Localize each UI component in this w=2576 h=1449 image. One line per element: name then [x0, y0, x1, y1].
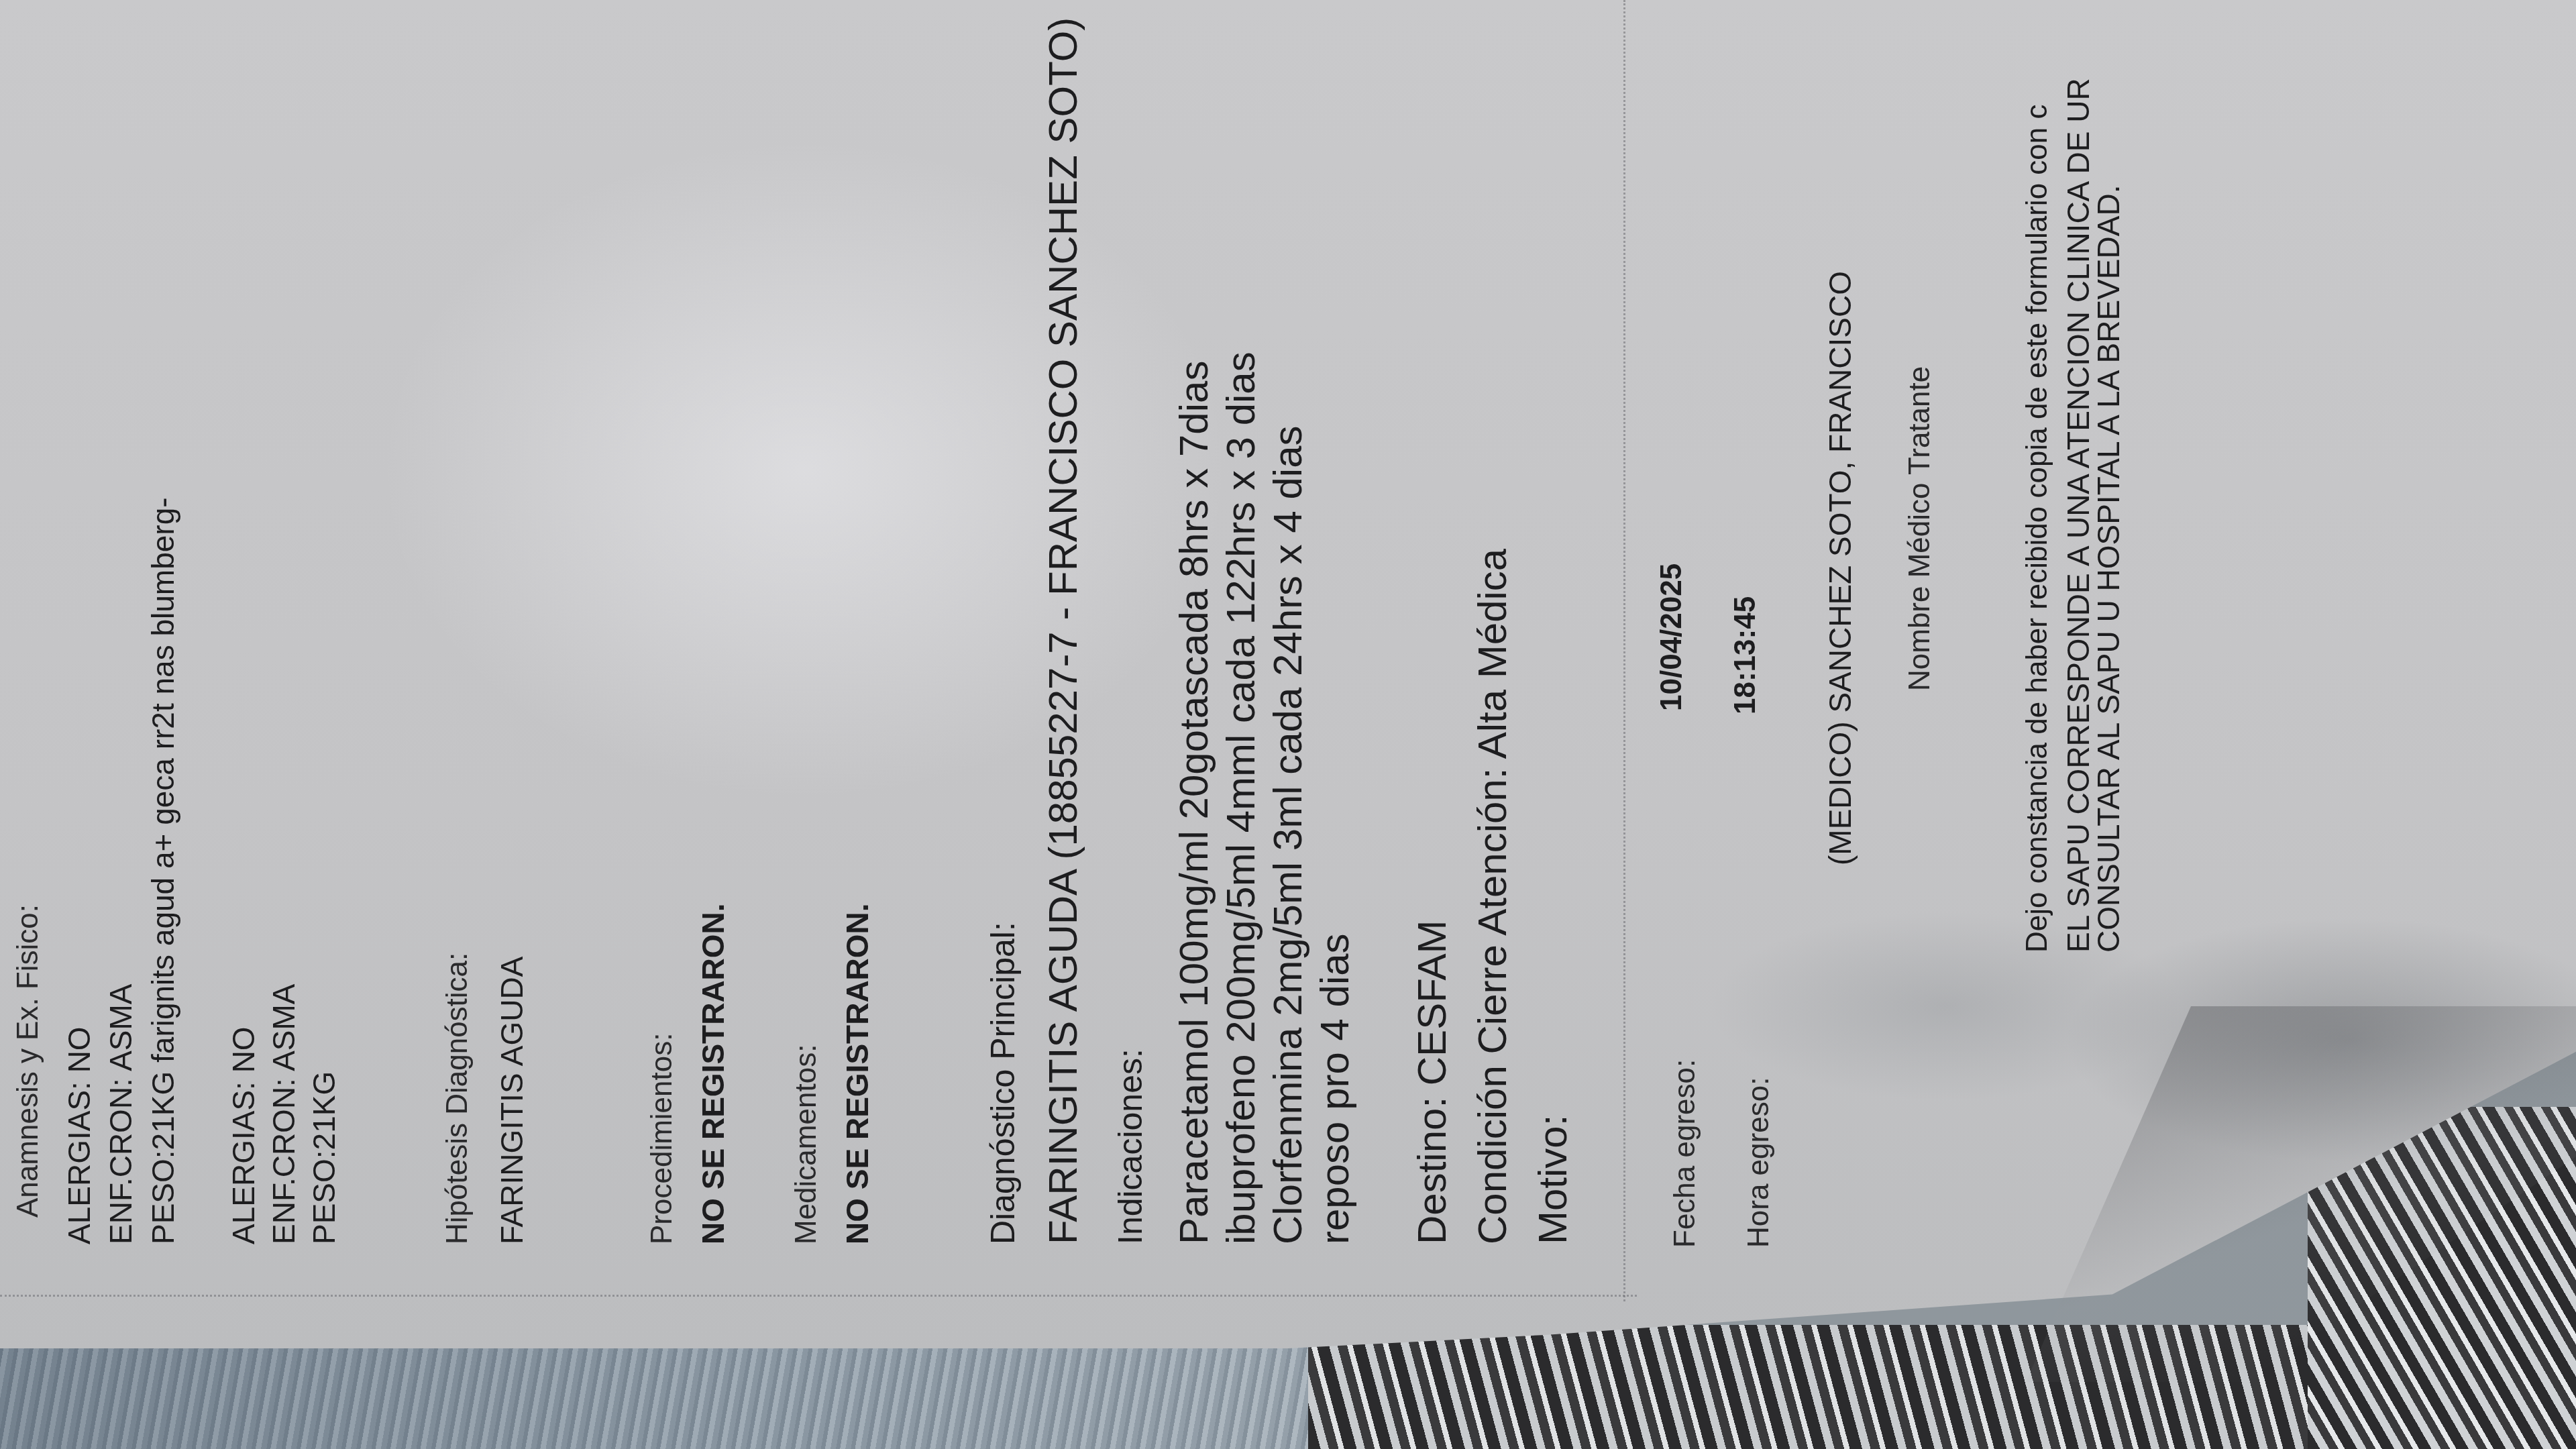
anamnesis-line: PESO:21KG farignits agud a+ geca rr2t na… — [148, 497, 178, 1244]
diagnostico-principal-value: FARINGITIS AGUDA (18855227-7 - FRANCISCO… — [1043, 17, 1083, 1244]
indicaciones-label: Indicaciones: — [1114, 1049, 1147, 1244]
anamnesis-line: ALERGIAS: NO — [64, 1026, 95, 1244]
anamnesis-line: ALERGIAS: NO — [228, 1026, 259, 1244]
hipotesis-label: Hipótesis Diagnóstica: — [443, 953, 472, 1244]
procedimientos-value: NO SE REGISTRARON. — [698, 903, 729, 1244]
anamnesis-line: PESO:21KG — [309, 1071, 339, 1244]
medico-name: (MEDICO) SANCHEZ SOTO, FRANCISCO — [1825, 271, 1856, 865]
hora-egreso-value: 18:13:45 — [1731, 596, 1760, 714]
anamnesis-label: Anamnesis y Ex. Fisico: — [13, 904, 43, 1218]
anamnesis-line: ENF.CRON: ASMA — [268, 983, 299, 1244]
hora-egreso-label: Hora egreso: — [1744, 1077, 1774, 1248]
indicacion-line: reposo pro 4 dias — [1315, 933, 1355, 1244]
photo-scene: Anamnesis y Ex. Fisico: ALERGIAS: NO ENF… — [0, 0, 2576, 1449]
fecha-egreso-label: Fecha egreso: — [1670, 1059, 1700, 1248]
document-sheet: Anamnesis y Ex. Fisico: ALERGIAS: NO ENF… — [0, 0, 2576, 1348]
medicamentos-value: NO SE REGISTRARON. — [842, 903, 873, 1244]
anamnesis-line: ENF.CRON: ASMA — [105, 983, 136, 1244]
indicacion-line: ibuprofeno 200mg/5ml 4mml cada 122hrs x … — [1221, 352, 1261, 1244]
medico-caption: Nombre Médico Tratante — [1905, 366, 1935, 691]
background-fabric-left — [0, 1345, 1308, 1449]
motivo-label: Motivo: — [1533, 1115, 1573, 1244]
condicion-cierre-text: Condición Cierre Atención: Alta Médica — [1472, 549, 1513, 1244]
footer-line: EL SAPU CORRESPONDE A UNA ATENCION CLINI… — [2063, 78, 2094, 953]
separator-line — [0, 1295, 1637, 1297]
procedimientos-label: Procedimientos: — [647, 1033, 677, 1244]
footer-line: Dejo constancia de haber recibido copia … — [2023, 104, 2052, 953]
indicacion-line: Clorfenmina 2mg/5ml 3ml cada 24hrs x 4 d… — [1268, 425, 1308, 1244]
fecha-egreso-value: 10/04/2025 — [1657, 563, 1686, 711]
footer-line: CONSULTAR AL SAPU U HOSPITAL A LA BREVED… — [2093, 185, 2124, 953]
medicamentos-label: Medicamentos: — [792, 1044, 821, 1244]
diagnostico-principal-label: Diagnóstico Principal: — [986, 922, 1020, 1244]
separator-line — [1623, 0, 1625, 1301]
destino-text: Destino: CESFAM — [1412, 920, 1452, 1245]
hipotesis-value: FARINGITIS AGUDA — [496, 957, 527, 1244]
indicacion-line: Paracetamol 100mg/ml 20gotascada 8hrs x … — [1174, 361, 1214, 1244]
